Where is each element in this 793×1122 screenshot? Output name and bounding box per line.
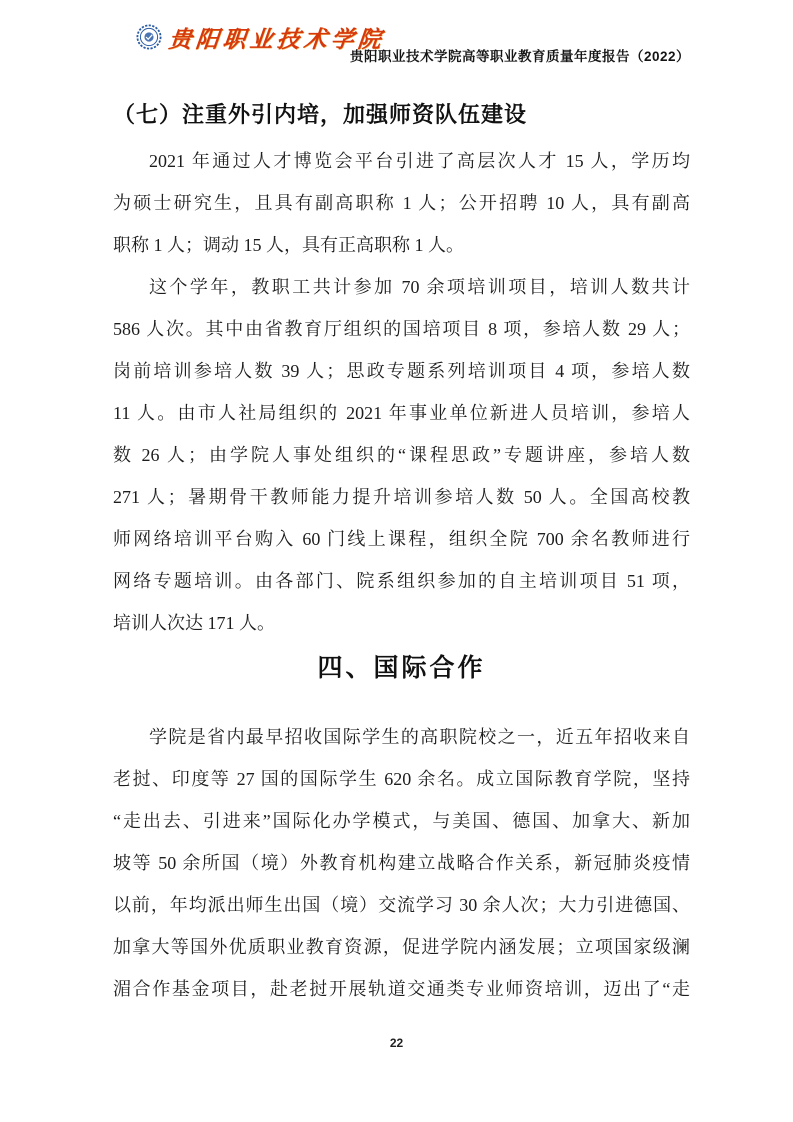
text-line: 职称 1 人；调动 15 人，具有正高职称 1 人。 [113, 224, 690, 266]
text-line: 数 26 人；由学院人事处组织的“课程思政”专题讲座，参培人数 [113, 434, 690, 476]
text-line: 2021 年通过人才博览会平台引进了高层次人才 15 人，学历均 [113, 140, 690, 182]
text-line: 网络专题培训。由各部门、院系组织参加的自主培训项目 51 项， [113, 560, 690, 602]
text-line: 岗前培训参培人数 39 人；思政专题系列培训项目 4 项，参培人数 [113, 350, 690, 392]
chapter-title: 四、国际合作 [113, 650, 690, 686]
paragraph-3: 学院是省内最早招收国际学生的高职院校之一，近五年招收来自 老挝、印度等 27 国… [113, 716, 690, 1010]
text-line: 加拿大等国外优质职业教育资源，促进学院内涵发展；立项国家级澜 [113, 926, 690, 968]
text-line: 586 人次。其中由省教育厅组织的国培项目 8 项，参培人数 29 人； [113, 308, 690, 350]
text-line: 老挝、印度等 27 国的国际学生 620 余名。成立国际教育学院，坚持 [113, 758, 690, 800]
text-line: 坡等 50 余所国（境）外教育机构建立战略合作关系，新冠肺炎疫情 [113, 842, 690, 884]
paragraph-2: 这个学年，教职工共计参加 70 余项培训项目，培训人数共计 586 人次。其中由… [113, 266, 690, 644]
section-heading: （七）注重外引内培，加强师资队伍建设 [113, 100, 690, 130]
document-page: 贵阳职业技术学院 贵阳职业技术学院高等职业教育质量年度报告（2022） （七）注… [0, 0, 793, 1122]
text-line: 以前，年均派出师生出国（境）交流学习 30 余人次；大力引进德国、 [113, 884, 690, 926]
text-line: 学院是省内最早招收国际学生的高职院校之一，近五年招收来自 [113, 716, 690, 758]
paragraph-1: 2021 年通过人才博览会平台引进了高层次人才 15 人，学历均 为硕士研究生，… [113, 140, 690, 266]
report-header-title: 贵阳职业技术学院高等职业教育质量年度报告（2022） [350, 45, 690, 65]
text-line: 11 人。由市人社局组织的 2021 年事业单位新进人员培训，参培人 [113, 392, 690, 434]
text-line: 这个学年，教职工共计参加 70 余项培训项目，培训人数共计 [113, 266, 690, 308]
text-line: 师网络培训平台购入 60 门线上课程，组织全院 700 余名教师进行 [113, 518, 690, 560]
document-body: （七）注重外引内培，加强师资队伍建设 2021 年通过人才博览会平台引进了高层次… [113, 100, 690, 1010]
page-number: 22 [0, 1036, 793, 1050]
college-logo: 贵阳职业技术学院 [136, 22, 385, 52]
college-emblem-icon [136, 24, 162, 50]
text-line: 湄合作基金项目，赴老挝开展轨道交通类专业师资培训，迈出了“走 [113, 968, 690, 1010]
text-line: 271 人；暑期骨干教师能力提升培训参培人数 50 人。全国高校教 [113, 476, 690, 518]
text-line: 培训人次达 171 人。 [113, 602, 690, 644]
text-line: 为硕士研究生，且具有副高职称 1 人；公开招聘 10 人，具有副高 [113, 182, 690, 224]
text-line: “走出去、引进来”国际化办学模式，与美国、德国、加拿大、新加 [113, 800, 690, 842]
